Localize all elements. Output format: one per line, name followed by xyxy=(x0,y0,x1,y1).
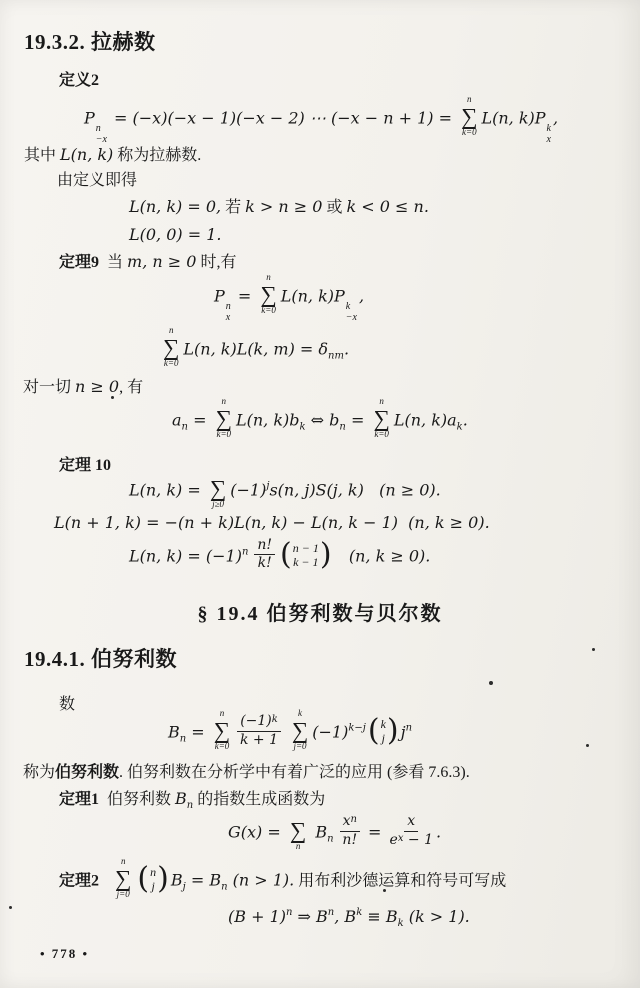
math-token: n − 1k − 1 xyxy=(293,541,319,570)
math-token: n! xyxy=(257,538,272,553)
math-token: k−j xyxy=(348,723,366,734)
math-token: k + 1 xyxy=(240,733,278,748)
scanned-book-page: 19.3.2. 拉赫数 定义2 Pn−x = (−x)(−x − 1)(−x −… xyxy=(0,0,640,988)
theorem-2-line: 定理2n∑j=0(nj)Bj = Bn (n > 1). 用布利沙德运算和符号可… xyxy=(59,860,506,904)
math-token: kj xyxy=(381,717,386,746)
math-token: 称为 xyxy=(23,764,55,781)
math-token: n∑k=0 xyxy=(163,326,179,370)
math-token: n xyxy=(406,723,412,734)
math-token: L(n, k) = 0, xyxy=(129,197,221,216)
math-token: j xyxy=(382,731,385,745)
math-token: L(n, k)L(k, m) = δ xyxy=(183,340,328,359)
math-token: n∑j=0 xyxy=(115,857,131,901)
math-token: 对一切 xyxy=(23,379,75,396)
from-definition-line: 由定义即得 xyxy=(57,171,137,191)
math-token: a xyxy=(172,411,182,430)
math-token: ( xyxy=(137,864,149,894)
math-token: ) xyxy=(320,540,332,570)
math-token: B xyxy=(175,789,187,808)
number-label-line: 数 xyxy=(59,695,75,715)
math-token: k > n ≥ 0 xyxy=(245,197,322,216)
math-token: 称为拉赫数. xyxy=(113,147,201,164)
summation-sigma: ∑ xyxy=(214,719,230,742)
math-token: (nj) xyxy=(137,864,168,894)
math-token: , B xyxy=(334,907,356,926)
math-token: xn xyxy=(340,814,360,831)
math-token: (k > 1). xyxy=(404,907,470,926)
math-token: k=0 xyxy=(261,306,276,317)
summation-sigma: ∑ xyxy=(115,867,131,890)
math-token: k < 0 ≤ n. xyxy=(347,197,429,216)
math-token: = xyxy=(188,411,212,430)
math-token: j=0 xyxy=(293,742,306,753)
math-token: k=0 xyxy=(215,742,230,753)
math-token: , 有 xyxy=(119,379,143,396)
formula-theorem10-a: L(n, k) = ∑j≥0(−1)js(n, j)S(j, k) (n ≥ 0… xyxy=(129,470,441,514)
math-token: . 伯努利数在分析学中有着广泛的应用 (参看 7.6.3). xyxy=(119,764,470,781)
math-token: P xyxy=(84,109,95,128)
math-token: n xyxy=(296,842,301,853)
math-token: nm xyxy=(328,351,344,362)
formula-lah-one: L(0, 0) = 1. xyxy=(129,225,221,246)
summation-sigma: ∑ xyxy=(210,477,226,500)
math-token: . xyxy=(463,411,468,430)
math-token: ∑j≥0 xyxy=(210,467,226,511)
math-token: n∑k=0 xyxy=(260,273,276,317)
math-token: . xyxy=(436,823,441,842)
formula-lah-definition: Pn−x = (−x)(−x − 1)(−x − 2) ⋯ (−x − n + … xyxy=(84,98,558,146)
math-token: (−1)k xyxy=(237,714,281,731)
formula-theorem10-b: L(n + 1, k) = −(n + k)L(n, k) − L(n, k −… xyxy=(54,513,490,534)
math-token: nx xyxy=(226,302,231,324)
math-token: n! xyxy=(342,832,357,848)
math-token: ∑n xyxy=(290,809,306,853)
math-token: B xyxy=(168,723,180,742)
formula-inverse-pair: an = n∑k=0L(n, k)bk ⇔ bn = n∑k=0L(n, k)a… xyxy=(172,400,468,444)
summation-sigma: ∑ xyxy=(373,407,389,430)
math-token: (kj) xyxy=(368,716,399,746)
scan-speck xyxy=(489,681,493,685)
theorem-9-line: 定理9 当 m, n ≥ 0 时,有 xyxy=(59,252,236,273)
page-number: • 778 • xyxy=(40,944,89,964)
math-token: ( xyxy=(368,716,380,746)
math-token: m, n ≥ 0 xyxy=(127,252,196,271)
math-token: x xyxy=(547,135,551,146)
formula-umbral: (B + 1)n ⇒ Bn, Bk ≡ Bk (k > 1). xyxy=(228,903,470,934)
math-token: n−x xyxy=(96,124,107,146)
theorem-10-label: 定理 10 xyxy=(59,456,111,476)
math-token: 伯努利数 xyxy=(55,764,119,781)
where-lah-line: 其中 L(n, k) 称为拉赫数. xyxy=(24,145,201,166)
math-token: k! xyxy=(258,556,272,571)
math-token: j=0 xyxy=(117,890,130,901)
math-token: 定理1 xyxy=(59,791,99,808)
math-token: −x xyxy=(346,313,357,324)
scan-speck xyxy=(9,906,12,909)
math-token: = xyxy=(346,411,370,430)
math-token: (−1)kk + 1 xyxy=(237,714,281,748)
math-token: n∑k=0 xyxy=(373,397,389,441)
math-token: n∑k=0 xyxy=(461,95,477,139)
math-token: k∑j=0 xyxy=(292,709,308,753)
math-token: 若 xyxy=(221,199,245,216)
math-token: L(n, k) = (−1) xyxy=(129,547,242,566)
subsection-heading-1941: 19.4.1. 伯努利数 xyxy=(24,649,177,669)
math-token: ex − 1 xyxy=(390,832,433,848)
math-token: 定理2 xyxy=(59,873,99,890)
math-token: , xyxy=(553,109,558,128)
math-token: L(n + 1, k) = −(n + k)L(n, k) − L(n, k −… xyxy=(54,513,490,532)
formula-lah-zero: L(n, k) = 0, 若 k > n ≥ 0 或 k < 0 ≤ n. xyxy=(129,197,429,218)
math-token: 定理9 xyxy=(59,254,99,271)
math-token: n∑k=0 xyxy=(216,397,232,441)
summation-sigma: ∑ xyxy=(260,283,276,306)
math-token: k−x xyxy=(346,302,357,324)
math-token: = xyxy=(186,723,210,742)
math-token: kx xyxy=(547,124,551,146)
math-token: k − 1 xyxy=(293,555,318,569)
math-token: − 1 xyxy=(403,833,433,848)
math-token: L(n, k)P xyxy=(281,287,345,306)
math-token: B xyxy=(171,871,183,890)
math-token: k=0 xyxy=(462,128,477,139)
math-token: k + 1 xyxy=(240,732,278,748)
math-token: L(n, k) xyxy=(60,145,113,164)
math-token: ⇒ B xyxy=(292,907,327,926)
math-token: x xyxy=(407,814,415,829)
math-token: x xyxy=(343,814,351,829)
formula-theorem9-b: n∑k=0L(n, k)L(k, m) = δnm. xyxy=(159,329,349,373)
math-token: (−1) xyxy=(240,714,272,729)
scan-speck xyxy=(111,396,114,399)
called-bernoulli-line: 称为伯努利数. 伯努利数在分析学中有着广泛的应用 (参看 7.6.3). xyxy=(23,763,470,783)
math-token: = B xyxy=(186,871,221,890)
math-token: = xyxy=(363,823,387,842)
math-token: n∑k=0 xyxy=(214,709,230,753)
math-token: 的指数生成函数为 xyxy=(193,791,325,808)
math-token: L(n, k)P xyxy=(482,109,546,128)
math-token: n xyxy=(242,547,248,558)
section-heading-1932: 19.3.2. 拉赫数 xyxy=(24,32,156,52)
math-token: (−1) xyxy=(230,481,266,500)
math-token: n − 1 xyxy=(293,541,319,555)
math-token: (B + 1) xyxy=(228,907,286,926)
math-token: 当 xyxy=(99,254,127,271)
math-token: k xyxy=(272,714,278,729)
math-token: n!k! xyxy=(254,538,275,572)
math-token: ) xyxy=(157,864,169,894)
math-token: = (−x)(−x − 1)(−x − 2) ⋯ (−x − n + 1) = xyxy=(109,109,457,128)
for-all-n-line: 对一切 n ≥ 0, 有 xyxy=(23,377,143,398)
math-token: j≥0 xyxy=(212,500,224,511)
section-heading-194: § 19.4 伯努利数与贝尔数 xyxy=(0,604,640,624)
math-token: n! xyxy=(254,538,275,555)
math-token: xex − 1 xyxy=(390,814,433,848)
definition-2-label: 定义2 xyxy=(59,71,99,91)
math-token: L(0, 0) = 1. xyxy=(129,225,221,244)
math-token: x xyxy=(226,313,230,324)
math-token: (n > 1). xyxy=(228,871,295,890)
math-token: k=0 xyxy=(374,430,389,441)
math-token: n ≥ 0 xyxy=(75,377,119,396)
math-token: n xyxy=(350,814,356,829)
math-token: 时,有 xyxy=(196,254,236,271)
math-token: j xyxy=(151,879,154,893)
math-token: 或 xyxy=(322,199,346,216)
math-token: n xyxy=(150,865,156,879)
math-token: ⇔ b xyxy=(306,411,340,430)
formula-egf: G(x) = ∑n Bnxnn! = xex − 1. xyxy=(228,812,441,856)
formula-theorem10-c: L(n, k) = (−1)nn!k!(n − 1k − 1) (n, k ≥ … xyxy=(129,541,430,575)
summation-sigma: ∑ xyxy=(216,407,232,430)
math-token: P xyxy=(214,287,225,306)
math-token: B xyxy=(310,823,327,842)
math-token: xnn! xyxy=(340,814,360,848)
math-token: 用布利沙德运算和符号可写成 xyxy=(294,873,506,890)
math-token: k xyxy=(381,717,386,731)
math-token: n! xyxy=(342,833,357,848)
scan-speck xyxy=(586,744,589,747)
math-token: L(n, k) = xyxy=(129,481,206,500)
math-token: L(n, k)b xyxy=(236,411,300,430)
math-token: (n − 1k − 1) xyxy=(280,540,332,570)
math-token: k=0 xyxy=(164,359,179,370)
math-token: L(n, k)a xyxy=(394,411,457,430)
math-token: n xyxy=(327,834,333,845)
formula-theorem9-a: Pnx = n∑k=0L(n, k)Pk−x, xyxy=(214,276,364,324)
summation-sigma: ∑ xyxy=(292,719,308,742)
math-token: 其中 xyxy=(24,147,60,164)
math-token: ( xyxy=(280,540,292,570)
math-token: (n, k ≥ 0). xyxy=(334,547,431,566)
math-token: e xyxy=(390,833,398,848)
math-token: G(x) = xyxy=(228,823,286,842)
summation-sigma: ∑ xyxy=(163,336,179,359)
math-token: k=0 xyxy=(216,430,231,441)
math-token: 伯努利数 xyxy=(99,791,175,808)
math-token: k! xyxy=(258,555,272,571)
math-token: ≡ B xyxy=(362,907,397,926)
math-token: (−1) xyxy=(312,723,348,742)
math-token: = xyxy=(233,287,257,306)
math-token: ) xyxy=(387,716,399,746)
math-token: nj xyxy=(150,865,156,894)
formula-bernoulli-number: Bn = n∑k=0(−1)kk + 1k∑j=0(−1)k−j(kj)jn xyxy=(168,712,412,756)
math-token: s(n, j)S(j, k) (n ≥ 0). xyxy=(269,481,440,500)
math-token: . xyxy=(344,340,349,359)
summation-sigma: ∑ xyxy=(461,105,477,128)
summation-sigma: ∑ xyxy=(290,819,306,842)
math-token: , xyxy=(359,287,364,306)
math-token: x xyxy=(404,814,418,831)
scan-speck xyxy=(592,648,595,651)
scan-speck xyxy=(383,889,386,892)
